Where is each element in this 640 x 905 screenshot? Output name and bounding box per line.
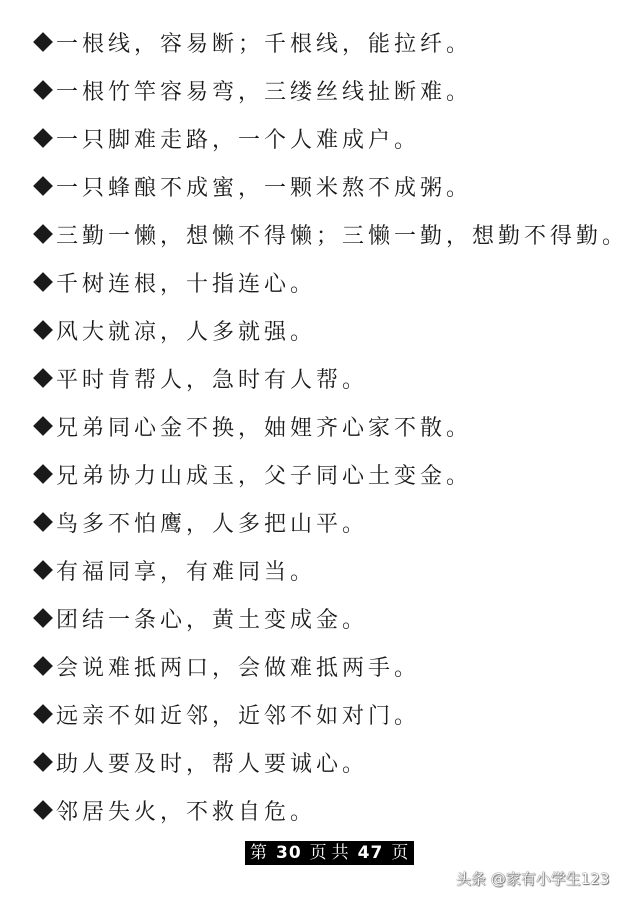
proverb-text: 一只蜂酿不成蜜，一颗米熬不成粥。: [56, 171, 472, 202]
diamond-icon: [33, 800, 53, 820]
proverb-text: 三勤一懒，想懒不得懒；三懒一勤，想勤不得勤。: [56, 219, 628, 250]
proverb-text: 邻居失火，不救自危。: [56, 795, 316, 826]
proverb-line: 一只蜂酿不成蜜，一颗米熬不成粥。: [33, 168, 472, 204]
proverb-text: 会说难抵两口，会做难抵两手。: [56, 651, 420, 682]
proverb-text: 一根竹竿容易弯，三缕丝线扯断难。: [56, 75, 472, 106]
proverb-text: 一只脚难走路，一个人难成户。: [56, 123, 420, 154]
proverb-line: 会说难抵两口，会做难抵两手。: [33, 648, 420, 684]
current-page-number: 30: [270, 841, 308, 865]
proverb-line: 兄弟同心金不换，妯娌齐心家不散。: [33, 408, 472, 444]
diamond-icon: [33, 704, 53, 724]
proverb-text: 兄弟同心金不换，妯娌齐心家不散。: [56, 411, 472, 442]
diamond-icon: [33, 80, 53, 100]
proverb-line: 团结一条心，黄土变成金。: [33, 600, 368, 636]
diamond-icon: [33, 752, 53, 772]
diamond-icon: [33, 608, 53, 628]
proverb-line: 平时肯帮人，急时有人帮。: [33, 360, 368, 396]
proverb-text: 平时肯帮人，急时有人帮。: [56, 363, 368, 394]
diamond-icon: [33, 128, 53, 148]
proverb-line: 有福同享，有难同当。: [33, 552, 316, 588]
proverb-text: 团结一条心，黄土变成金。: [56, 603, 368, 634]
proverb-line: 一根线，容易断；千根线，能拉纤。: [33, 24, 472, 60]
proverb-line: 风大就凉，人多就强。: [33, 312, 316, 348]
proverb-text: 兄弟协力山成玉，父子同心土变金。: [56, 459, 472, 490]
proverb-line: 一只脚难走路，一个人难成户。: [33, 120, 420, 156]
diamond-icon: [33, 320, 53, 340]
diamond-icon: [33, 656, 53, 676]
proverb-line: 三勤一懒，想懒不得懒；三懒一勤，想勤不得勤。: [33, 216, 628, 252]
page-word: 页: [308, 841, 330, 865]
proverb-text: 助人要及时，帮人要诚心。: [56, 747, 368, 778]
diamond-icon: [33, 272, 53, 292]
diamond-icon: [33, 176, 53, 196]
total-pages-number: 47: [352, 841, 390, 865]
diamond-icon: [33, 416, 53, 436]
proverb-line: 千树连根，十指连心。: [33, 264, 316, 300]
page-prefix: 第: [248, 841, 270, 865]
page-number-footer: 第 30 页 共 47 页: [245, 841, 414, 865]
proverb-line: 助人要及时，帮人要诚心。: [33, 744, 368, 780]
proverb-text: 鸟多不怕鹰，人多把山平。: [56, 507, 368, 538]
proverb-text: 有福同享，有难同当。: [56, 555, 316, 586]
proverb-text: 风大就凉，人多就强。: [56, 315, 316, 346]
page-suffix: 页: [389, 841, 411, 865]
proverb-text: 远亲不如近邻，近邻不如对门。: [56, 699, 420, 730]
proverb-text: 一根线，容易断；千根线，能拉纤。: [56, 27, 472, 58]
total-word: 共: [330, 841, 352, 865]
proverb-line: 一根竹竿容易弯，三缕丝线扯断难。: [33, 72, 472, 108]
diamond-icon: [33, 224, 53, 244]
diamond-icon: [33, 464, 53, 484]
diamond-icon: [33, 368, 53, 388]
proverb-text: 千树连根，十指连心。: [56, 267, 316, 298]
diamond-icon: [33, 560, 53, 580]
proverb-line: 鸟多不怕鹰，人多把山平。: [33, 504, 368, 540]
proverb-line: 兄弟协力山成玉，父子同心土变金。: [33, 456, 472, 492]
watermark: 头条 @家有小学生123: [456, 868, 609, 889]
proverb-line: 远亲不如近邻，近邻不如对门。: [33, 696, 420, 732]
diamond-icon: [33, 32, 53, 52]
diamond-icon: [33, 512, 53, 532]
proverb-line: 邻居失火，不救自危。: [33, 792, 316, 828]
